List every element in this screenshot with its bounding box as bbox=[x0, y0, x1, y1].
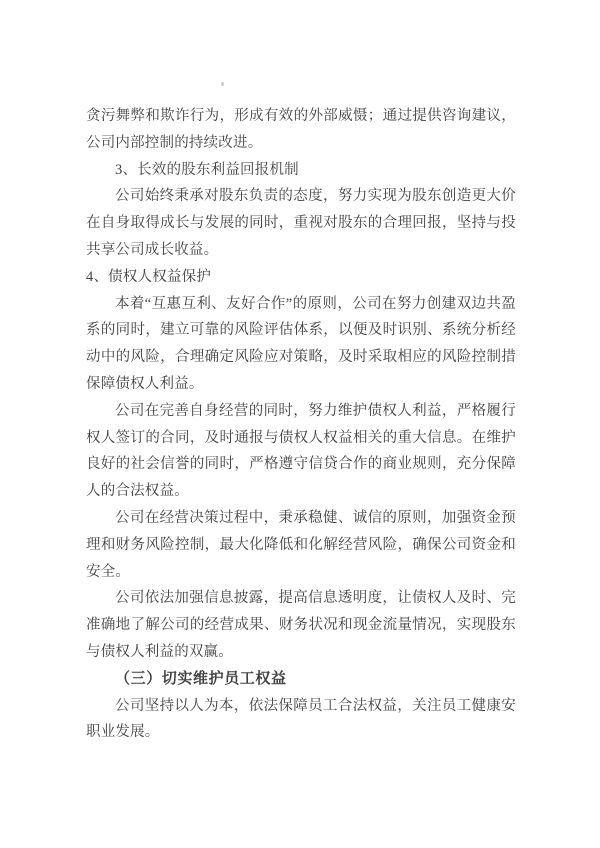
text-line: 在自身取得成长与发展的同时，重视对股东的合理回报，坚持与投资者 bbox=[86, 210, 516, 237]
text-line: 3、长效的股东利益回报机制 bbox=[86, 157, 516, 184]
text-line: 贪污舞弊和欺诈行为，形成有效的外部威慑；通过提供咨询建议，推动 bbox=[86, 103, 516, 130]
text-line: 人的合法权益。 bbox=[86, 478, 516, 505]
text-line: 公司依法加强信息披露，提高信息透明度，让债权人及时、完整、 bbox=[86, 585, 516, 612]
scan-speck-artifact bbox=[221, 82, 224, 86]
text-line: 公司始终秉承对股东负责的态度，努力实现为股东创造更大价值。 bbox=[86, 183, 516, 210]
text-line: 理和财务风险控制，最大化降低和化解经营风险，确保公司资金和资产 bbox=[86, 532, 516, 559]
text-line: 系的同时，建立可靠的风险评估体系，以便及时识别、系统分析经营活 bbox=[86, 317, 516, 344]
text-line: 共享公司成长收益。 bbox=[86, 237, 516, 264]
text-line: 保障债权人利益。 bbox=[86, 371, 516, 398]
text-line: 权人签订的合同，及时通报与债权人权益相关的重大信息。在维护公司 bbox=[86, 425, 516, 452]
section-heading-line: （三）切实维护员工权益 bbox=[86, 666, 516, 693]
text-line: 公司在完善自身经营的同时，努力维护债权人利益，严格履行与债 bbox=[86, 398, 516, 425]
text-line: 本着“互惠互利、友好合作”的原则，公司在努力创建双边共盈关 bbox=[86, 291, 516, 318]
text-line: 准确地了解公司的经营成果、财务状况和现金流量情况，实现股东利益 bbox=[86, 612, 516, 639]
text-line: 公司在经营决策过程中，秉承稳健、诚信的原则，加强资金预算管 bbox=[86, 505, 516, 532]
text-line: 动中的风险，合理确定风险应对策略，及时采取相应的风险控制措施， bbox=[86, 344, 516, 371]
document-page: 贪污舞弊和欺诈行为，形成有效的外部威慑；通过提供咨询建议，推动公司内部控制的持续… bbox=[0, 0, 600, 848]
document-body: 贪污舞弊和欺诈行为，形成有效的外部威慑；通过提供咨询建议，推动公司内部控制的持续… bbox=[86, 103, 516, 746]
text-line: 公司内部控制的持续改进。 bbox=[86, 130, 516, 157]
text-line: 4、债权人权益保护 bbox=[86, 264, 516, 291]
text-line: 良好的社会信誉的同时，严格遵守信贷合作的商业规则，充分保障债权 bbox=[86, 451, 516, 478]
text-line: 职业发展。 bbox=[86, 719, 516, 746]
text-line: 与债权人利益的双赢。 bbox=[86, 639, 516, 666]
text-line: 安全。 bbox=[86, 559, 516, 586]
text-line: 公司坚持以人为本，依法保障员工合法权益，关注员工健康安全、 bbox=[86, 693, 516, 720]
